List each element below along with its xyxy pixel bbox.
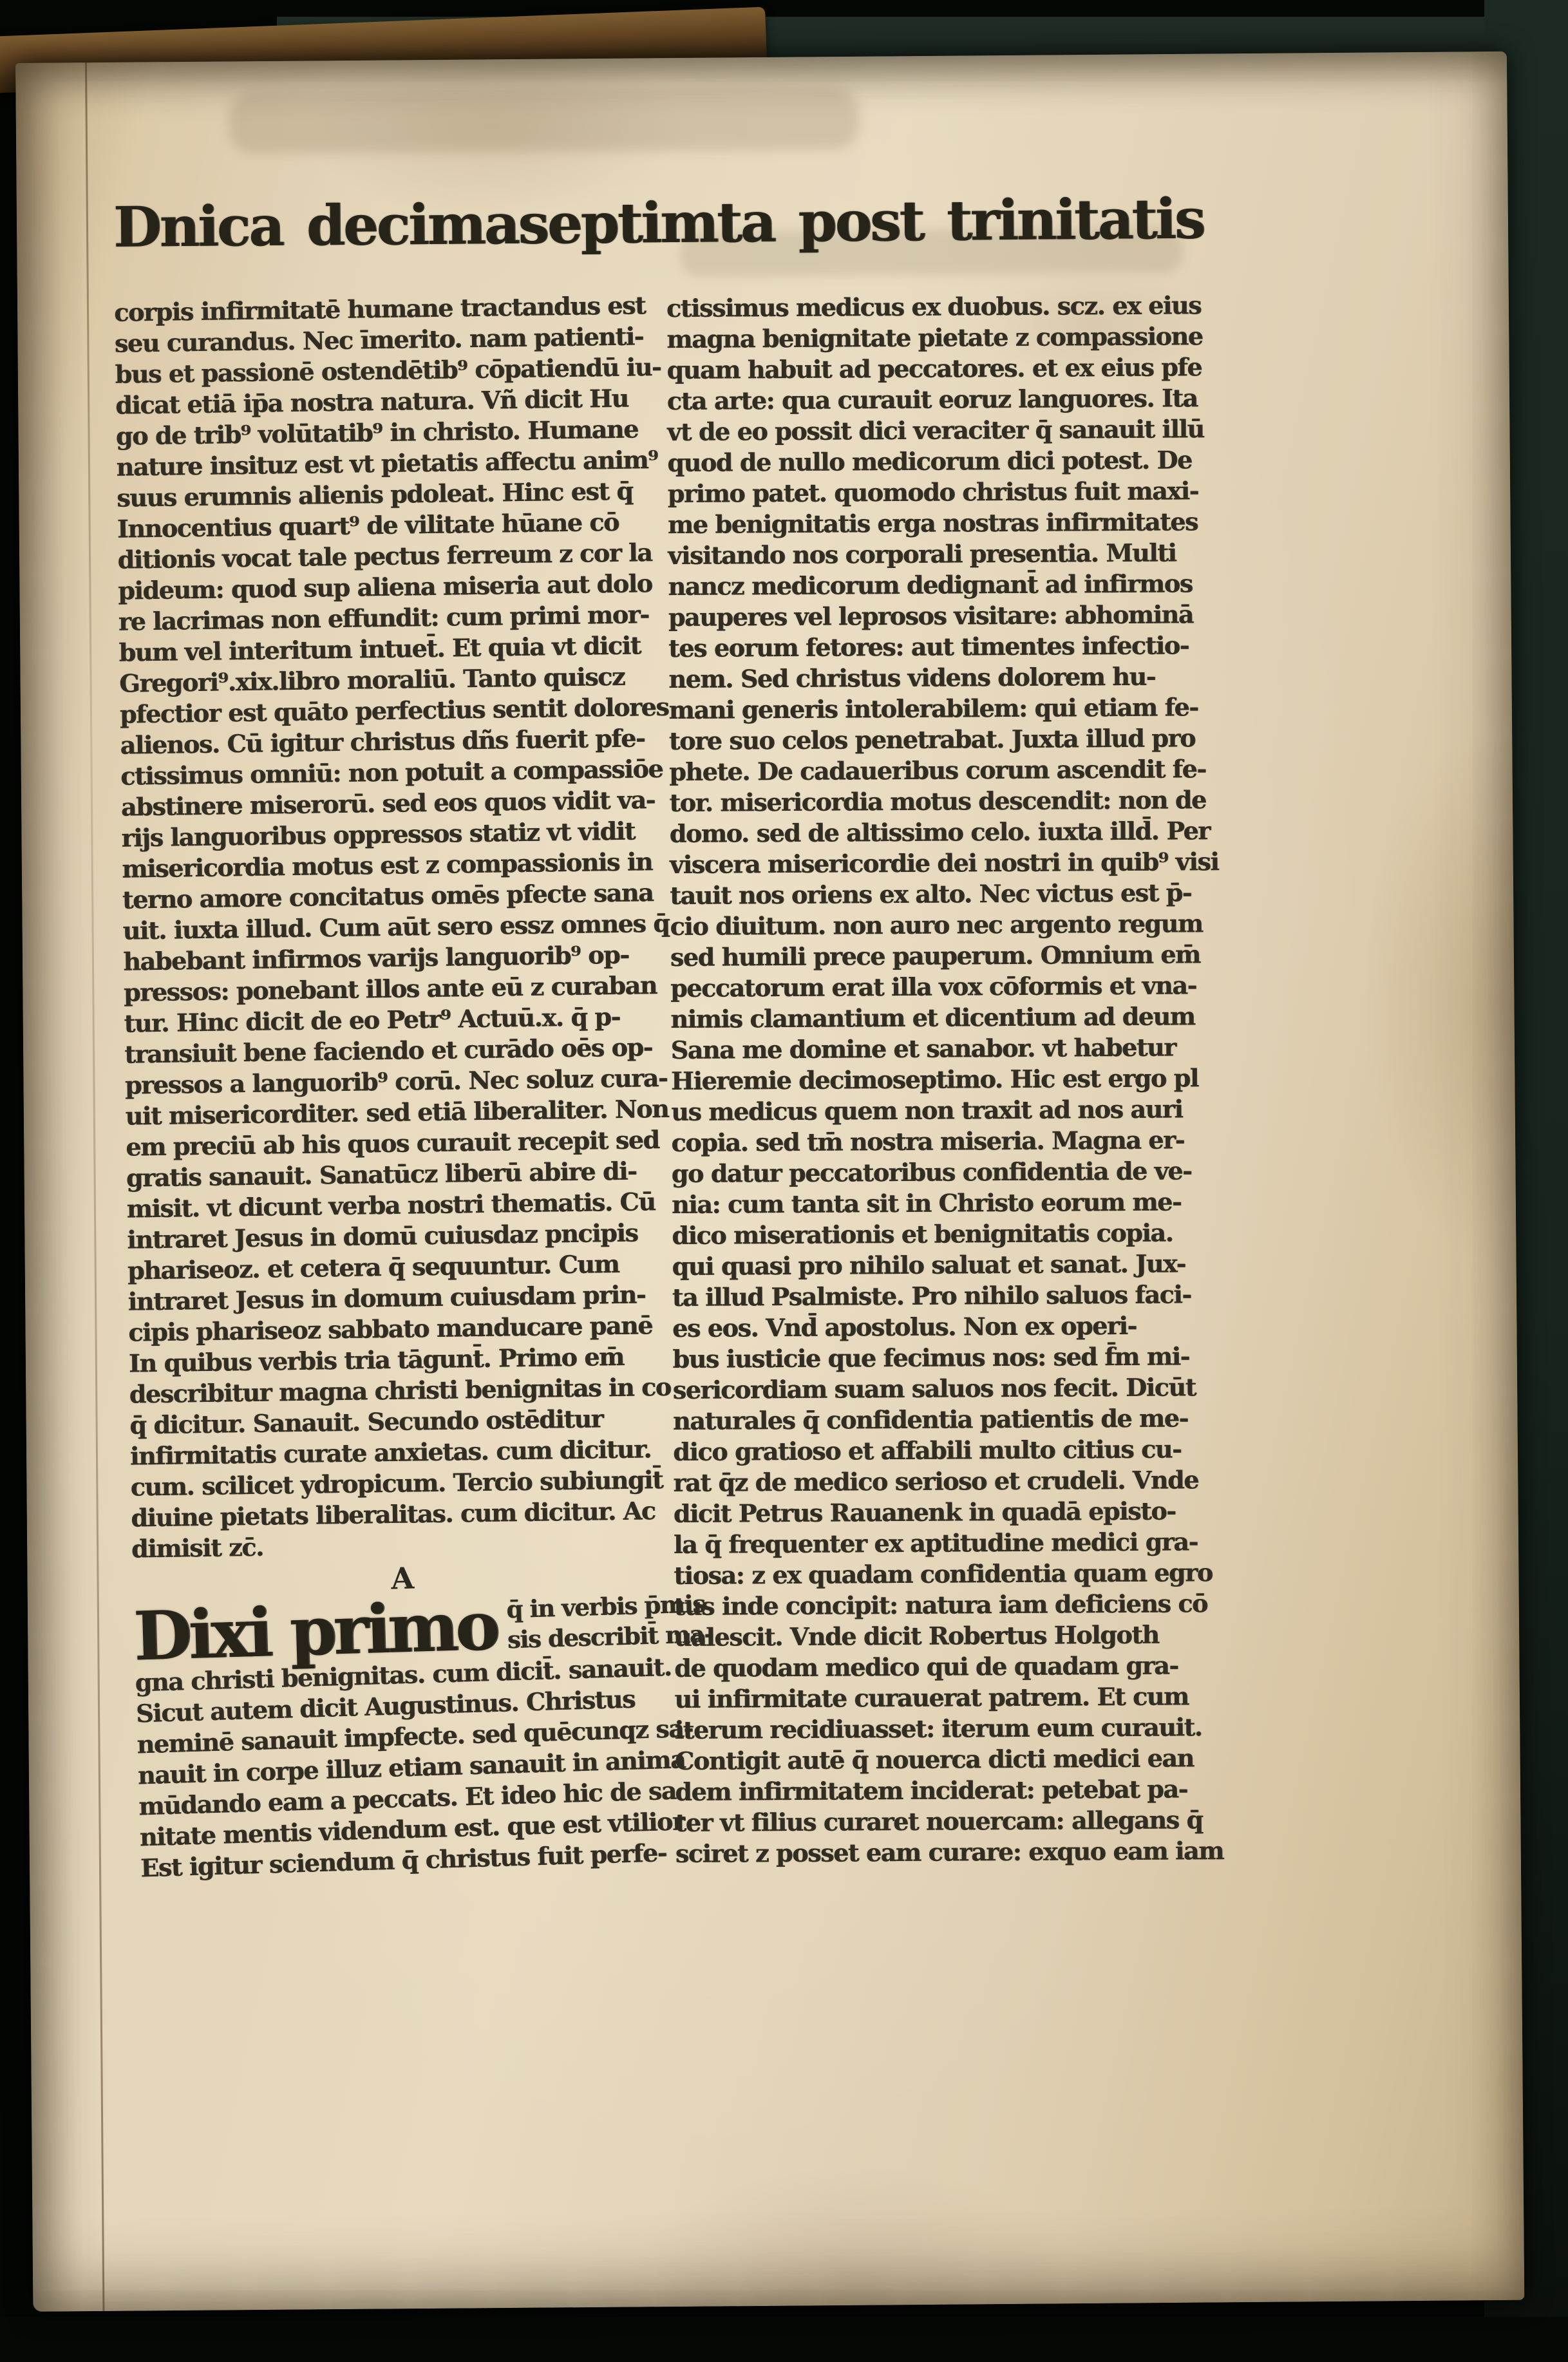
text-line: sericordiam suam saluos nos fecit. Dicūt (673, 1372, 1214, 1406)
page-content: Dnica decimaseptimta post trinitatis cor… (15, 52, 1524, 2312)
text-line: ter vt filius curaret nouercam: allegans… (675, 1804, 1216, 1838)
text-line: primo patet. quomodo christus fuit maxi- (667, 475, 1208, 509)
text-line: tor. misericordia motus descendit: non d… (669, 784, 1210, 818)
text-line: ctissimus medicus ex duobus. scz. ex eiu… (666, 290, 1207, 324)
text-line: peccatorum erat illa vox cōformis et vna… (670, 970, 1211, 1004)
dixi-primo-heading: Dixi primo (133, 1595, 497, 1668)
text-line: qui quasi pro nihilo saluat et sanat. Ju… (672, 1248, 1213, 1282)
left-column-lines-after-dixi: gna christi benignitas. cum dicit̄. sana… (135, 1652, 682, 1884)
text-line: naturales q̄ confidentia patientis de me… (673, 1403, 1214, 1437)
text-line: nimis clamantium et dicentium ad deum (670, 1001, 1211, 1035)
text-line: dico gratioso et affabili multo citius c… (673, 1433, 1214, 1468)
text-line: sciret z posset eam curare: exquo eam ia… (675, 1835, 1216, 1869)
text-line: de quodam medico qui de quadam gra- (674, 1650, 1215, 1684)
text-line: Sana me domine et sanabor. vt habetur (670, 1032, 1211, 1066)
dixi-primo-section: A Dixi primo q̄ in verbis p̄missis descr… (131, 1553, 681, 1884)
text-line: Contigit autē q̄ nouerca dicti medici ea… (675, 1743, 1216, 1777)
text-line: nia: cum tanta sit in Christo eorum me- (672, 1186, 1213, 1220)
text-line: ui infirmitate curauerat patrem. Et cum (674, 1681, 1215, 1715)
text-line: nem. Sed christus videns dolorem hu- (668, 661, 1209, 695)
text-line: copia. sed tm̄ nostra miseria. Magna er- (671, 1124, 1212, 1158)
text-line: tes eorum fetores: aut timentes infectio… (668, 630, 1209, 664)
text-line: phete. De cadaueribus corum ascendit fe- (669, 753, 1210, 788)
text-line: visitando nos corporali presentia. Multi (668, 537, 1209, 571)
text-line: vt de eo possit dici veraciter q̄ sanaui… (667, 413, 1208, 448)
text-line: ta illud Psalmiste. Pro nihilo saluos fa… (672, 1279, 1213, 1313)
text-line: tiosa: z ex quadam confidentia quam egro (674, 1557, 1214, 1591)
text-line: dico miserationis et benignitatis copia. (672, 1217, 1213, 1251)
text-line: cio diuitum. non auro nec argento regum (670, 908, 1211, 942)
text-line: pauperes vel leprosos visitare: abhominā (668, 599, 1209, 633)
text-line: me benignitatis erga nostras infirmitate… (668, 506, 1209, 540)
text-columns: corpis infirmitatē humane tractandus est… (114, 287, 1450, 1884)
text-line: magna benignitate pietate z compassione (666, 321, 1207, 355)
text-line: dem infirmitatem inciderat: petebat pa- (675, 1773, 1216, 1808)
text-line: cta arte: qua curauit eoruz languores. I… (667, 383, 1208, 417)
right-column-lines: ctissimus medicus ex duobus. scz. ex eiu… (666, 290, 1216, 1869)
text-line: mani generis intolerabilem: qui etiam fe… (668, 692, 1209, 726)
text-line: quam habuit ad peccatores. et ex eius pf… (666, 352, 1207, 386)
text-line: quod de nullo medicorum dici potest. De (667, 444, 1208, 478)
text-line: ualescit. Vnde dicit Robertus Holgoth (674, 1619, 1215, 1653)
left-column: corpis infirmitatē humane tractandus est… (114, 290, 677, 1884)
left-column-lines: corpis infirmitatē humane tractandus est… (114, 290, 672, 1565)
text-line: tauit nos oriens ex alto. Nec victus est… (670, 877, 1211, 911)
text-line: go datur peccatoribus confidentia de ve- (672, 1155, 1213, 1189)
text-line: dicit Petrus Rauanenk in quadā episto- (674, 1495, 1214, 1529)
text-line: domo. sed de altissimo celo. iuxta illd̄… (670, 815, 1211, 849)
text-line: rat q̄z de medico serioso et crudeli. Vn… (673, 1464, 1214, 1498)
running-title: Dnica decimaseptimta post trinitatis (113, 185, 1438, 260)
right-column: ctissimus medicus ex duobus. scz. ex eiu… (666, 290, 1216, 1880)
book-page: Dnica decimaseptimta post trinitatis cor… (15, 52, 1524, 2312)
text-line: sed humili prece pauperum. Omnium em̄ (670, 939, 1211, 973)
text-line: bus iusticie que fecimus nos: sed f̄m mi… (672, 1341, 1213, 1375)
text-line: es eos. Vnd̄ apostolus. Non ex operi- (672, 1310, 1213, 1344)
text-line: tore suo celos penetrabat. Juxta illud p… (669, 723, 1210, 757)
text-line: iterum recidiuasset: iterum eum curauit. (675, 1712, 1216, 1746)
text-line: viscera misericordie dei nostri in quib⁹… (670, 846, 1211, 880)
text-line: us medicus quem non traxit ad nos auri (671, 1093, 1212, 1128)
text-line: tus inde concipit: natura iam deficiens … (674, 1588, 1214, 1622)
backdrop-shadow-bottom (0, 2317, 1568, 2362)
text-line: Hieremie decimoseptimo. Hic est ergo pl (671, 1063, 1212, 1097)
text-line: la q̄ frequenter ex aptitudine medici gr… (674, 1526, 1214, 1560)
text-line: nancz medicorum dedignant̄ ad infirmos (668, 568, 1209, 602)
